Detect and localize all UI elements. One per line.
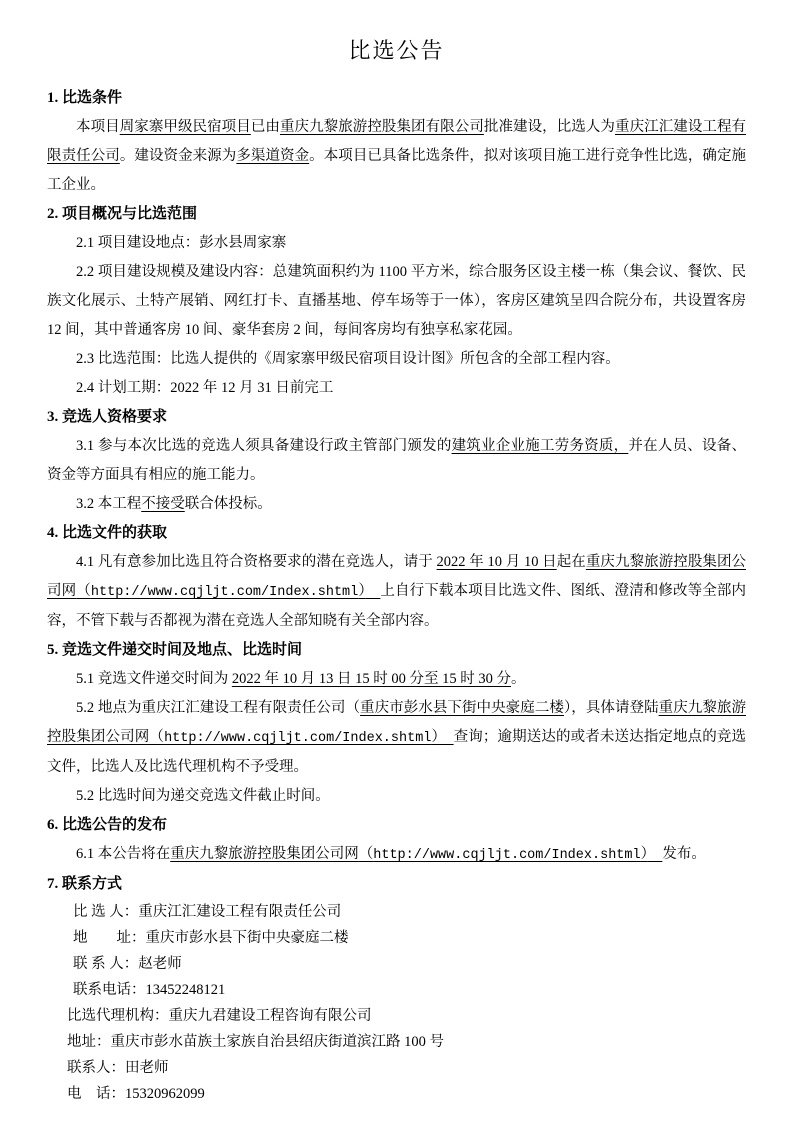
underlined-text <box>439 729 454 745</box>
text-run: 6.1 本公告将在 <box>76 846 170 862</box>
contact-line: 地址：重庆市彭水苗族土家族自治县绍庆街道滨江路 100 号 <box>67 1029 746 1055</box>
underlined-text: （ <box>76 583 91 599</box>
text-run: 3.2 本工程 <box>76 496 141 512</box>
contact-line: 联系电话：13452248121 <box>73 977 746 1003</box>
underlined-text: ） <box>431 729 439 745</box>
section-heading: 4. 比选文件的获取 <box>47 519 746 548</box>
text-run: 本项目 <box>76 119 120 135</box>
contact-line: 比 选 人：重庆江汇建设工程有限责任公司 <box>73 899 746 925</box>
underlined-text <box>648 846 663 862</box>
section-heading: 2. 项目概况与比选范围 <box>47 200 746 229</box>
text-run: 起在 <box>557 554 586 570</box>
underlined-text: ） <box>641 846 648 862</box>
section: 2. 项目概况与比选范围2.1 项目建设地点：彭水县周家寨2.2 项目建设规模及… <box>47 200 746 403</box>
underlined-text: 重庆九黎旅游控股集团公司网 <box>170 846 359 862</box>
paragraph: 2.3 比选范围：比选人提供的《周家寨甲级民宿项目设计图》所包含的全部工程内容。 <box>47 345 746 374</box>
underlined-text: 2022 年 10 月 13 日 15 时 00 分至 15 时 30 分 <box>232 671 511 687</box>
document-page: 比选公告 1. 比选条件本项目周家寨甲级民宿项目已由重庆九黎旅游控股集团有限公司… <box>0 0 793 1122</box>
text-run: 5.1 竞选文件递交时间为 <box>76 671 232 687</box>
underlined-text: ） <box>358 583 366 599</box>
contact-line: 联系人：田老师 <box>67 1055 746 1081</box>
section: 5. 竞选文件递交时间及地点、比选时间5.1 竞选文件递交时间为 2022 年 … <box>47 636 746 811</box>
text-run: 。 <box>511 671 526 687</box>
underlined-text: 2022 年 10 月 10 日 <box>437 554 557 570</box>
section: 1. 比选条件本项目周家寨甲级民宿项目已由重庆九黎旅游控股集团有限公司批准建设，… <box>47 84 746 200</box>
text-run: 2.2 项目建设规模及建设内容：总建筑面积约为 1100 平方米，综合服务区设主… <box>47 264 746 338</box>
paragraph: 4.1 凡有意参加比选且符合资格要求的潜在竞选人，请于 2022 年 10 月 … <box>47 548 746 636</box>
document-body: 1. 比选条件本项目周家寨甲级民宿项目已由重庆九黎旅游控股集团有限公司批准建设，… <box>47 84 746 1107</box>
text-run: 5.2 比选时间为递交竞选文件截止时间。 <box>76 788 330 804</box>
text-run: 。建设资金来源为 <box>120 148 237 164</box>
text-run: 批准建设，比选人为 <box>484 119 615 135</box>
text-run: 2.3 比选范围：比选人提供的《周家寨甲级民宿项目设计图》所包含的全部工程内容。 <box>76 351 620 367</box>
section: 4. 比选文件的获取4.1 凡有意参加比选且符合资格要求的潜在竞选人，请于 20… <box>47 519 746 636</box>
paragraph: 2.4 计划工期：2022 年 12 月 31 日前完工 <box>47 374 746 403</box>
section: 3. 竞选人资格要求3.1 参与本次比选的竞选人须具备建设行政主管部门颁发的建筑… <box>47 403 746 519</box>
contact-line: 比选代理机构：重庆九君建设工程咨询有限公司 <box>67 1003 746 1029</box>
text-run: 已由 <box>251 119 280 135</box>
text-run: 发布。 <box>662 846 706 862</box>
text-run: 5.2 地点为重庆江汇建设工程有限责任公司（ <box>76 700 360 716</box>
underlined-text: 重庆九黎旅游控股集团有限公司 <box>280 119 484 135</box>
paragraph: 本项目周家寨甲级民宿项目已由重庆九黎旅游控股集团有限公司批准建设，比选人为重庆江… <box>47 113 746 200</box>
paragraph: 2.2 项目建设规模及建设内容：总建筑面积约为 1100 平方米，综合服务区设主… <box>47 258 746 345</box>
paragraph: 5.2 比选时间为递交竞选文件截止时间。 <box>47 782 746 811</box>
page-title: 比选公告 <box>47 34 746 68</box>
underlined-text: （ <box>149 729 164 745</box>
paragraph: 3.1 参与本次比选的竞选人须具备建设行政主管部门颁发的建筑业企业施工劳务资质，… <box>47 432 746 490</box>
paragraph: 2.1 项目建设地点：彭水县周家寨 <box>47 229 746 258</box>
contact-line: 电 话：15320962099 <box>67 1081 746 1107</box>
section: 7. 联系方式比 选 人：重庆江汇建设工程有限责任公司地 址：重庆市彭水县下街中… <box>47 870 746 1107</box>
url-text: http://www.cqjljt.com/Index.shtml <box>164 731 431 746</box>
underlined-text: （ <box>359 846 374 862</box>
contact-line: 地 址：重庆市彭水县下街中央豪庭二楼 <box>73 925 746 951</box>
paragraph: 6.1 本公告将在重庆九黎旅游控股集团公司网（http://www.cqjljt… <box>47 840 746 870</box>
text-run: 4.1 凡有意参加比选且符合资格要求的潜在竞选人，请于 <box>76 554 437 570</box>
section-heading: 5. 竞选文件递交时间及地点、比选时间 <box>47 636 746 665</box>
underlined-text: 周家寨甲级民宿项目 <box>120 119 251 135</box>
text-run: ），具体请登陆 <box>564 700 659 716</box>
underlined-text: 多渠道资金 <box>236 148 309 164</box>
section-heading: 7. 联系方式 <box>47 870 746 899</box>
section: 6. 比选公告的发布6.1 本公告将在重庆九黎旅游控股集团公司网（http://… <box>47 811 746 870</box>
underlined-text: 重庆市彭水县下街中央豪庭二楼 <box>360 700 564 716</box>
text-run: 3.1 参与本次比选的竞选人须具备建设行政主管部门颁发的 <box>76 438 452 454</box>
url-text: http://www.cqjljt.com/Index.shtml <box>91 585 358 600</box>
paragraph: 3.2 本工程不接受联合体投标。 <box>47 490 746 519</box>
text-run: 2.4 计划工期：2022 年 12 月 31 日前完工 <box>76 380 333 396</box>
contact-line: 联 系 人：赵老师 <box>73 951 746 977</box>
section-heading: 1. 比选条件 <box>47 84 746 113</box>
underlined-text <box>366 583 381 599</box>
paragraph: 5.2 地点为重庆江汇建设工程有限责任公司（重庆市彭水县下街中央豪庭二楼），具体… <box>47 694 746 782</box>
underlined-text: 建筑业企业施工劳务资质， <box>452 438 629 454</box>
paragraph: 5.1 竞选文件递交时间为 2022 年 10 月 13 日 15 时 00 分… <box>47 665 746 694</box>
text-run: 联合体投标。 <box>185 496 272 512</box>
section-heading: 6. 比选公告的发布 <box>47 811 746 840</box>
text-run: 2.1 项目建设地点：彭水县周家寨 <box>76 235 286 251</box>
url-text: http://www.cqjljt.com/Index.shtml <box>373 848 640 863</box>
section-heading: 3. 竞选人资格要求 <box>47 403 746 432</box>
underlined-text: 不接受 <box>141 496 185 512</box>
